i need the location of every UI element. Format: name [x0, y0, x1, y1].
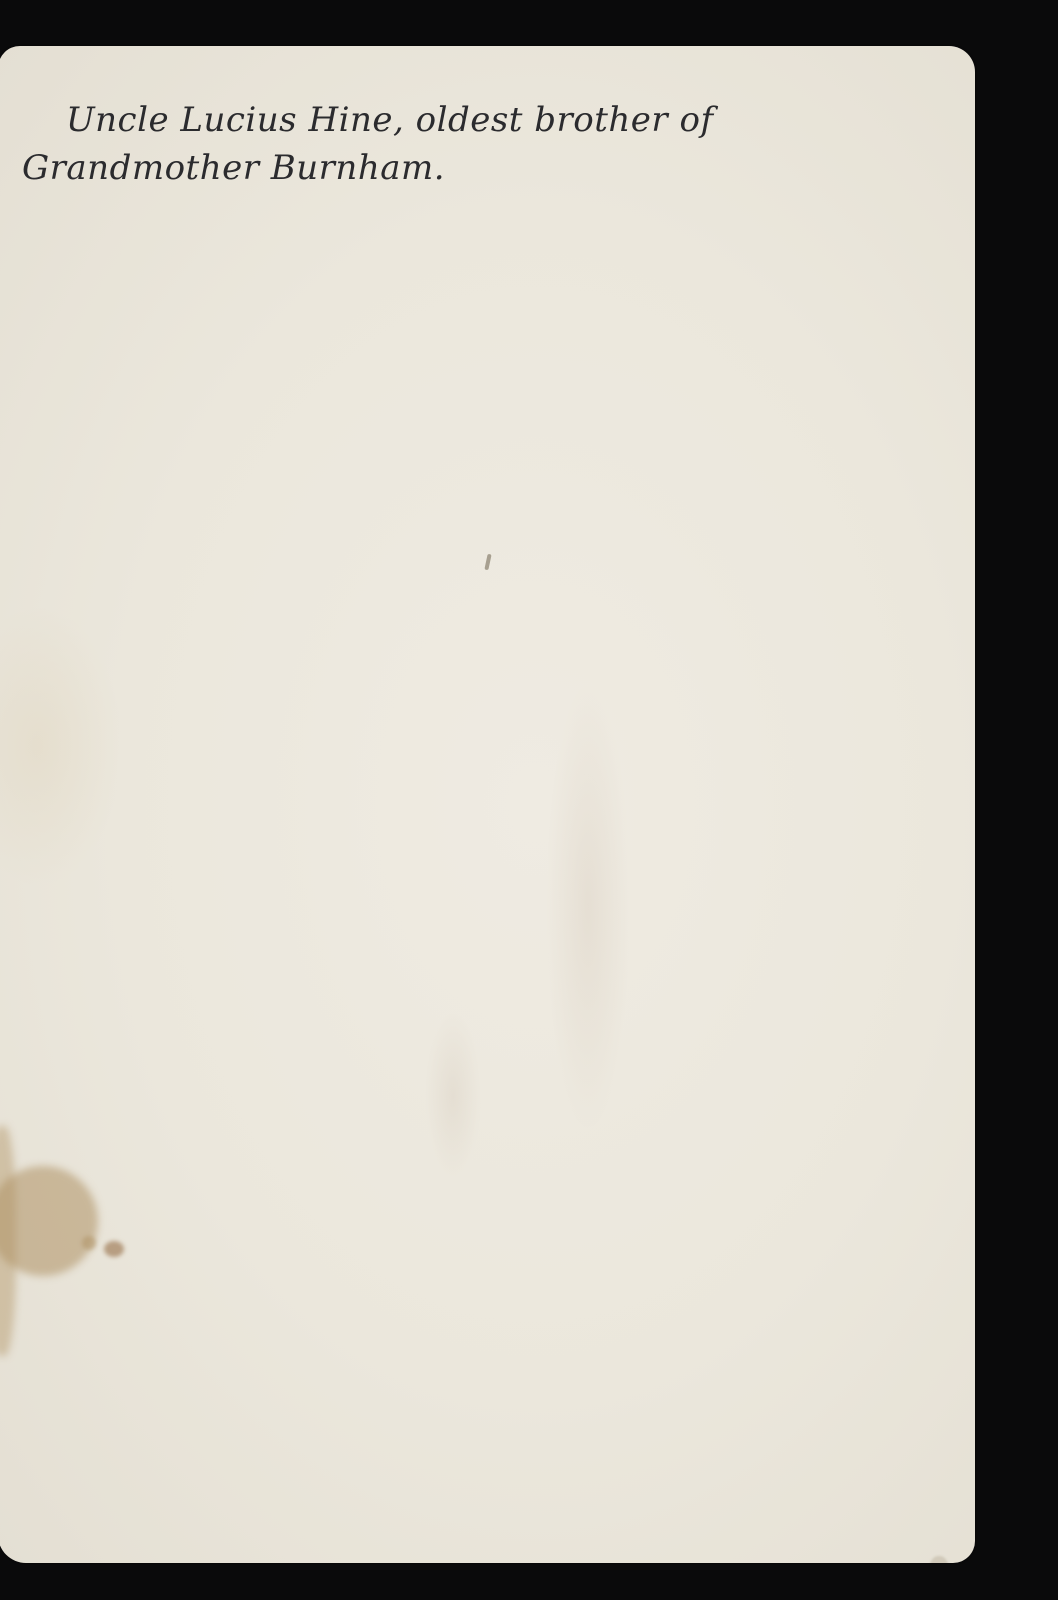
ink-speck — [484, 554, 491, 570]
corner-wear-mark — [928, 1556, 950, 1563]
water-stain — [0, 1166, 98, 1276]
stain-spot — [104, 1241, 124, 1257]
handwritten-inscription: Uncle Lucius Hine, oldest brother of Gra… — [22, 96, 902, 192]
inscription-line-2: Grandmother Burnham. — [22, 144, 902, 192]
inscription-line-1: Uncle Lucius Hine, oldest brother of — [22, 96, 902, 144]
photo-card-back: Uncle Lucius Hine, oldest brother of Gra… — [0, 46, 975, 1563]
stain-spot — [82, 1236, 96, 1250]
